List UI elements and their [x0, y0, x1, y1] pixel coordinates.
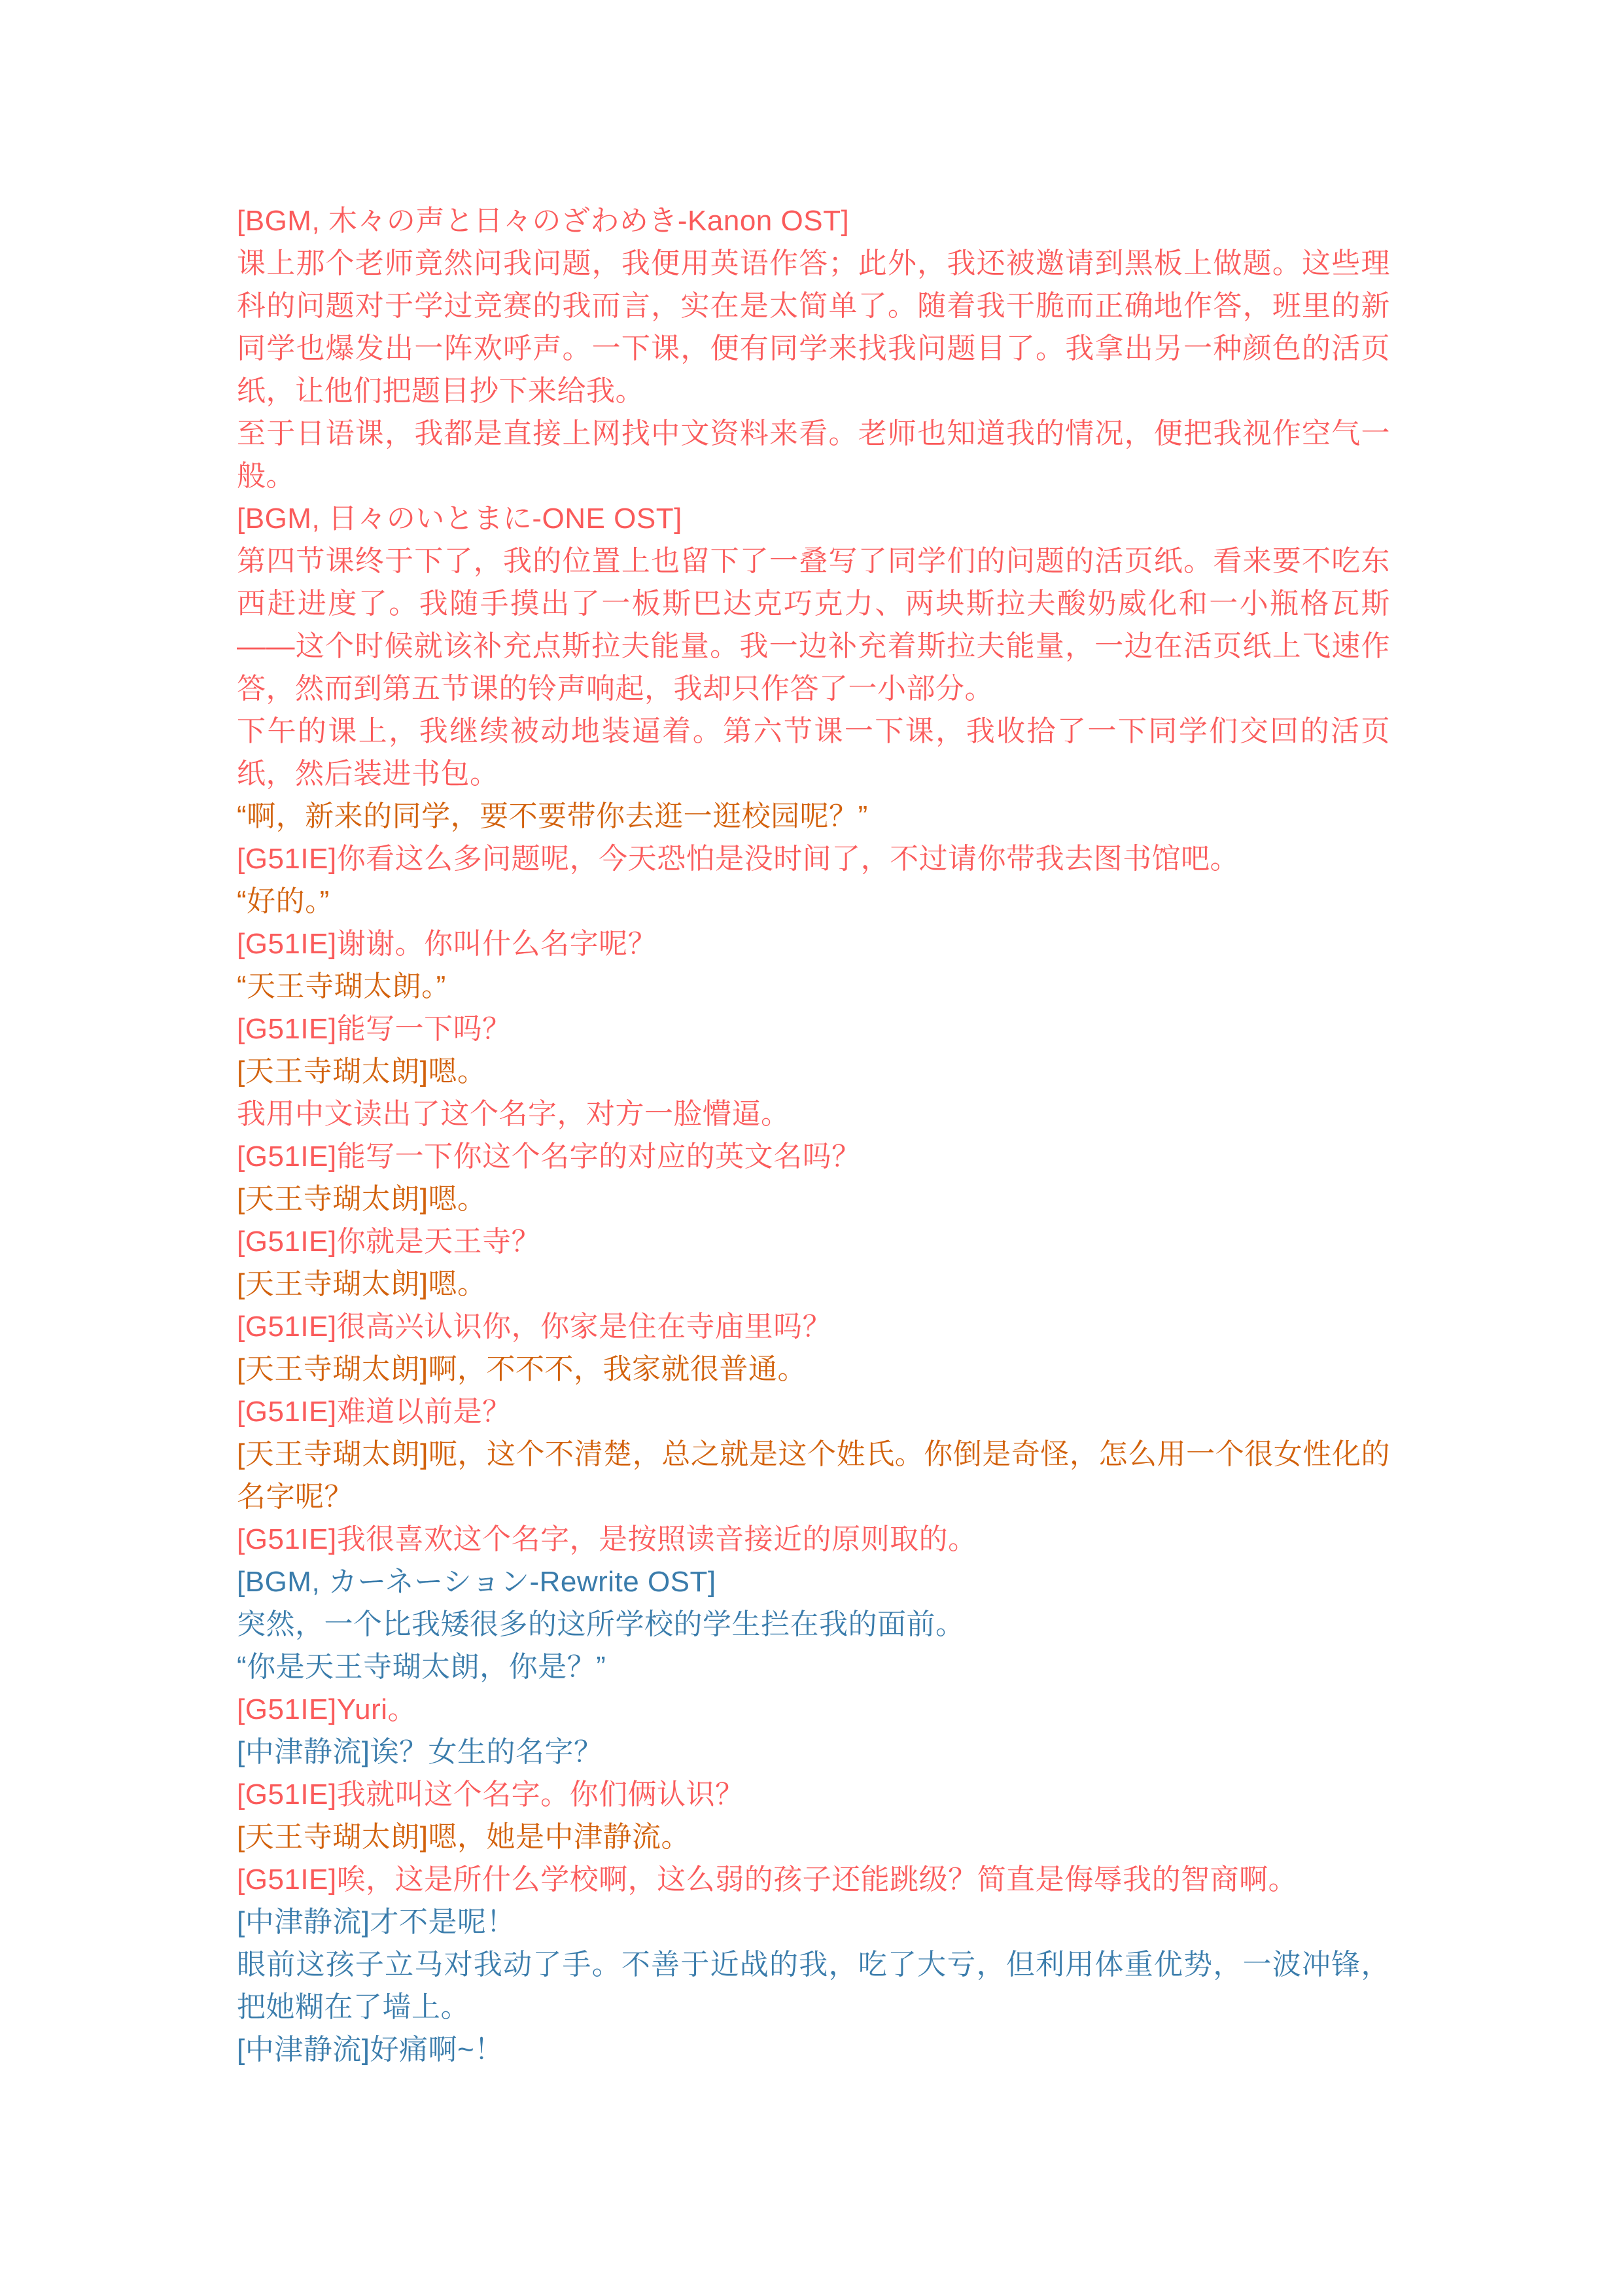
paragraph-29: [G51IE]我就叫这个名字。你们俩认识？	[237, 1773, 1390, 1816]
paragraph-19: [G51IE]很高兴认识你，你家是住在寺庙里吗？	[237, 1305, 1390, 1348]
paragraph-11: “天王寺瑚太朗。”	[237, 965, 1390, 1008]
paragraph-33: 眼前这孩子立马对我动了手。不善于近战的我，吃了大亏，但利用体重优势，一波冲锋，把…	[237, 1943, 1390, 2028]
paragraph-14: 我用中文读出了这个名字，对方一脸懵逼。	[237, 1093, 1390, 1135]
paragraph-32: [中津静流]才不是呢！	[237, 1901, 1390, 1943]
paragraph-20: [天王寺瑚太朗]啊，不不不，我家就很普通。	[237, 1348, 1390, 1390]
paragraph-16: [天王寺瑚太朗]嗯。	[237, 1178, 1390, 1220]
paragraph-22: [天王寺瑚太朗]呃，这个不清楚，总之就是这个姓氏。你倒是奇怪，怎么用一个很女性化…	[237, 1433, 1390, 1518]
paragraph-17: [G51IE]你就是天王寺？	[237, 1220, 1390, 1263]
paragraph-2: 课上那个老师竟然问我问题，我便用英语作答；此外，我还被邀请到黑板上做题。这些理科…	[237, 242, 1390, 412]
paragraph-34: [中津静流]好痛啊~！	[237, 2028, 1390, 2071]
paragraph-4: [BGM, 日々のいとまに-ONE OST]	[237, 497, 1390, 540]
paragraph-27: [G51IE]Yuri。	[237, 1688, 1390, 1731]
paragraph-6: 下午的课上，我继续被动地装逼着。第六节课一下课，我收拾了一下同学们交回的活页纸，…	[237, 710, 1390, 795]
paragraph-1: [BGM, 木々の声と日々のざわめき-Kanon OST]	[237, 200, 1390, 242]
paragraph-23: [G51IE]我很喜欢这个名字，是按照读音接近的原则取的。	[237, 1518, 1390, 1561]
paragraph-30: [天王寺瑚太朗]嗯，她是中津静流。	[237, 1816, 1390, 1858]
paragraph-10: [G51IE]谢谢。你叫什么名字呢？	[237, 923, 1390, 965]
paragraph-7: “啊，新来的同学，要不要带你去逛一逛校园呢？”	[237, 795, 1390, 838]
paragraph-25: 突然，一个比我矮很多的这所学校的学生拦在我的面前。	[237, 1603, 1390, 1646]
paragraph-12: [G51IE]能写一下吗？	[237, 1008, 1390, 1050]
paragraph-26: “你是天王寺瑚太朗，你是？”	[237, 1646, 1390, 1688]
paragraph-24: [BGM, カーネーション-Rewrite OST]	[237, 1561, 1390, 1603]
paragraph-18: [天王寺瑚太朗]嗯。	[237, 1263, 1390, 1305]
paragraph-28: [中津静流]诶？女生的名字？	[237, 1731, 1390, 1773]
paragraph-31: [G51IE]唉，这是所什么学校啊，这么弱的孩子还能跳级？简直是侮辱我的智商啊。	[237, 1858, 1390, 1901]
paragraph-15: [G51IE]能写一下你这个名字的对应的英文名吗？	[237, 1135, 1390, 1178]
paragraph-5: 第四节课终于下了，我的位置上也留下了一叠写了同学们的问题的活页纸。看来要不吃东西…	[237, 540, 1390, 710]
document-text: [BGM, 木々の声と日々のざわめき-Kanon OST]课上那个老师竟然问我问…	[0, 0, 1623, 2296]
paragraph-13: [天王寺瑚太朗]嗯。	[237, 1050, 1390, 1093]
paragraph-3: 至于日语课，我都是直接上网找中文资料来看。老师也知道我的情况，便把我视作空气一般…	[237, 412, 1390, 497]
paragraph-8: [G51IE]你看这么多问题呢，今天恐怕是没时间了，不过请你带我去图书馆吧。	[237, 838, 1390, 880]
paragraph-9: “好的。”	[237, 880, 1390, 923]
paragraph-21: [G51IE]难道以前是？	[237, 1390, 1390, 1433]
